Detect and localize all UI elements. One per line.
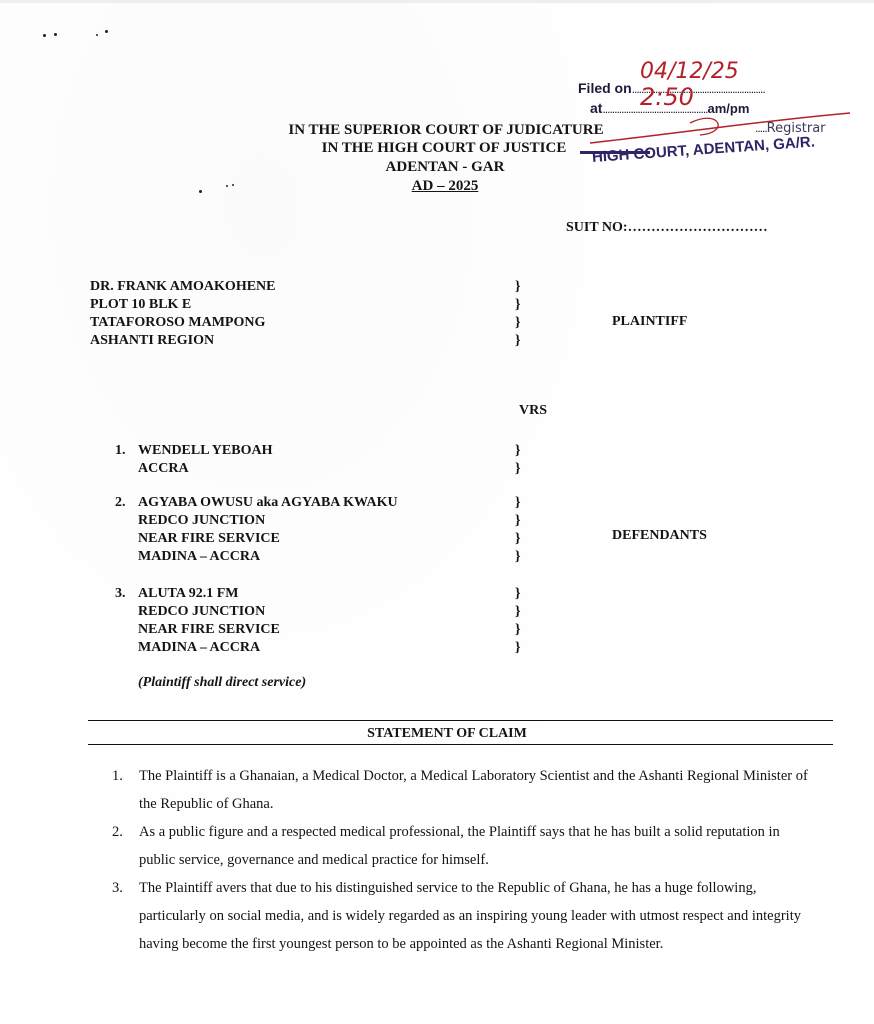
defendant-2: 2.AGYABA OWUSU aka AGYABA KWAKU REDCO JU… [115,494,398,566]
paragraph-number: 2. [112,818,123,846]
court-location: ADENTAN - GAR [0,158,874,176]
plaintiff-address-line: TATAFOROSO MAMPONG [90,314,276,332]
plaintiff-name: DR. FRANK AMOAKOHENE [90,278,276,296]
service-note: (Plaintiff shall direct service) [138,675,306,691]
divider-bottom [88,744,833,745]
paragraph-text: As a public figure and a respected medic… [139,818,812,874]
filed-on-handwritten: 04/12/25 [640,59,739,84]
court-title-line1: IN THE SUPERIOR COURT OF JUDICATURE [0,121,874,139]
claim-paragraph-1: 1. The Plaintiff is a Ghanaian, a Medica… [112,762,812,818]
court-year: AD – 2025 [0,177,874,195]
defendant-name: WENDELL YEBOAH [138,443,272,458]
filed-on-label: Filed on [578,80,632,96]
court-title-line2: IN THE HIGH COURT OF JUSTICE [0,139,874,157]
defendant-address-line: NEAR FIRE SERVICE [115,621,280,639]
defendant-address-line: NEAR FIRE SERVICE [115,530,398,548]
scan-speck [54,33,57,36]
plaintiff-block: DR. FRANK AMOAKOHENE PLOT 10 BLK E TATAF… [90,278,276,350]
divider-top [88,720,833,721]
scan-speck [96,34,98,36]
scan-speck [105,30,108,33]
defendant-3: 3.ALUTA 92.1 FM REDCO JUNCTION NEAR FIRE… [115,585,280,657]
suit-number: SUIT NO:………………………… [566,220,768,236]
defendant-1: 1.WENDELL YEBOAH ACCRA [115,442,272,478]
defendant-name: AGYABA OWUSU aka AGYABA KWAKU [138,495,398,510]
defendant-2-braces: }}}} [515,494,521,566]
versus-label: VRS [519,403,547,419]
document-page: Filed on................................… [0,3,874,1024]
paragraph-number: 3. [112,874,123,902]
statement-title: STATEMENT OF CLAIM [0,726,874,742]
defendant-number: 2. [115,494,138,512]
defendant-address-line: ACCRA [115,460,272,478]
claim-paragraph-3: 3. The Plaintiff avers that due to his d… [112,874,812,958]
defendant-address-line: REDCO JUNCTION [115,603,280,621]
defendant-3-braces: }}}} [515,585,521,657]
defendant-address-line: REDCO JUNCTION [115,512,398,530]
plaintiff-address-line: PLOT 10 BLK E [90,296,276,314]
defendant-address-line: MADINA – ACCRA [115,548,398,566]
defendant-number: 3. [115,585,138,603]
paragraph-text: The Plaintiff is a Ghanaian, a Medical D… [139,762,812,818]
plaintiff-role: PLAINTIFF [612,314,687,330]
paragraph-number: 1. [112,762,123,790]
scan-speck [43,34,46,37]
defendant-1-braces: }} [515,442,521,478]
paragraph-text: The Plaintiff avers that due to his dist… [139,874,812,958]
defendants-role: DEFENDANTS [612,528,707,544]
defendant-number: 1. [115,442,138,460]
defendant-name: ALUTA 92.1 FM [138,586,238,601]
plaintiff-address-line: ASHANTI REGION [90,332,276,350]
defendant-address-line: MADINA – ACCRA [115,639,280,657]
claim-paragraph-2: 2. As a public figure and a respected me… [112,818,812,874]
plaintiff-braces: }}}} [515,278,521,350]
